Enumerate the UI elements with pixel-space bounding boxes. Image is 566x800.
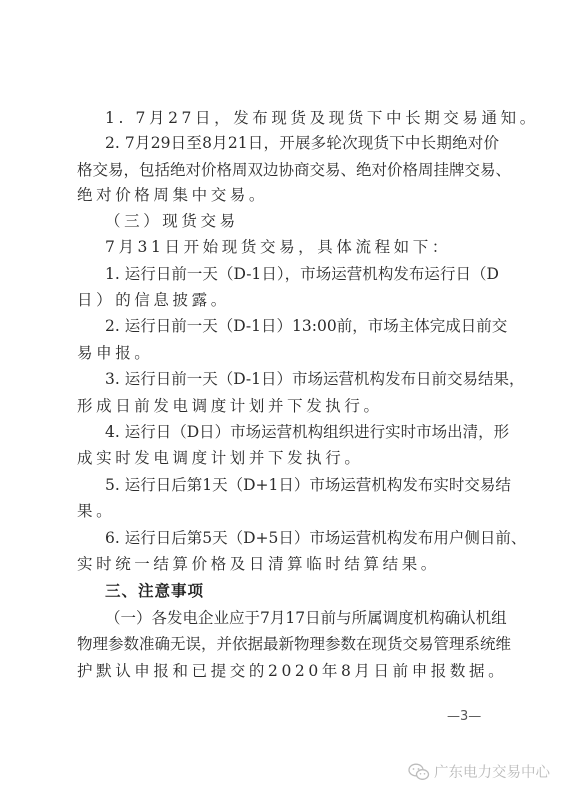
text-line: 实时统一结算价格及日清算临时结算结果。 xyxy=(77,552,440,576)
text-line: 日）的信息披露。 xyxy=(77,288,230,312)
text-line: 物理参数准确无误，并依据最新物理参数在现货交易管理系统维 xyxy=(77,632,499,656)
watermark: 广东电力交易中心 xyxy=(408,761,550,782)
text-line: 1. 运行日前一天（D-1日），市场运营机构发布运行日（D xyxy=(105,262,499,286)
text-line: 绝对价格周集中交易。 xyxy=(77,183,268,207)
text-line: 3. 运行日前一天（D-1日）市场运营机构发布日前交易结果， xyxy=(105,367,499,391)
text-line: 护默认申报和已提交的2020年8月日前申报数据。 xyxy=(77,659,507,683)
text-line: 形成日前发电调度计划并下发执行。 xyxy=(77,394,383,418)
section-heading: 三、注意事项 xyxy=(105,579,204,603)
text-line: 2. 运行日前一天（D-1日）13:00前，市场主体完成日前交 xyxy=(105,314,499,338)
text-line: 1. 7月27日，发布现货及现货下中长期交易通知。 xyxy=(105,106,539,130)
text-line: 7月31日开始现货交易，具体流程如下： xyxy=(105,235,451,259)
watermark-text: 广东电力交易中心 xyxy=(434,761,550,782)
text-line: 5. 运行日后第1天（D+1日）市场运营机构发布实时交易结 xyxy=(105,473,499,497)
text-line: 4. 运行日（D日）市场运营机构组织进行实时市场出清，形 xyxy=(105,420,499,444)
text-line: 6. 运行日后第5天（D+5日）市场运营机构发布用户侧日前、 xyxy=(105,526,499,550)
text-line: 果。 xyxy=(77,499,115,523)
text-line: 易申报。 xyxy=(77,341,153,365)
page-number: —3— xyxy=(447,709,481,724)
text-line: 格交易，包括绝对价格周双边协商交易、绝对价格周挂牌交易、 xyxy=(77,158,499,182)
text-line: （一）各发电企业应于7月17日前与所属调度机构确认机组 xyxy=(105,606,499,630)
document-page: 1. 7月27日，发布现货及现货下中长期交易通知。2. 7月29日至8月21日，… xyxy=(0,0,566,800)
wechat-icon xyxy=(408,763,430,781)
text-line: （三）现货交易 xyxy=(105,209,239,233)
text-line: 成实时发电调度计划并下发执行。 xyxy=(77,446,364,470)
text-line: 2. 7月29日至8月21日，开展多轮次现货下中长期绝对价 xyxy=(105,131,499,155)
